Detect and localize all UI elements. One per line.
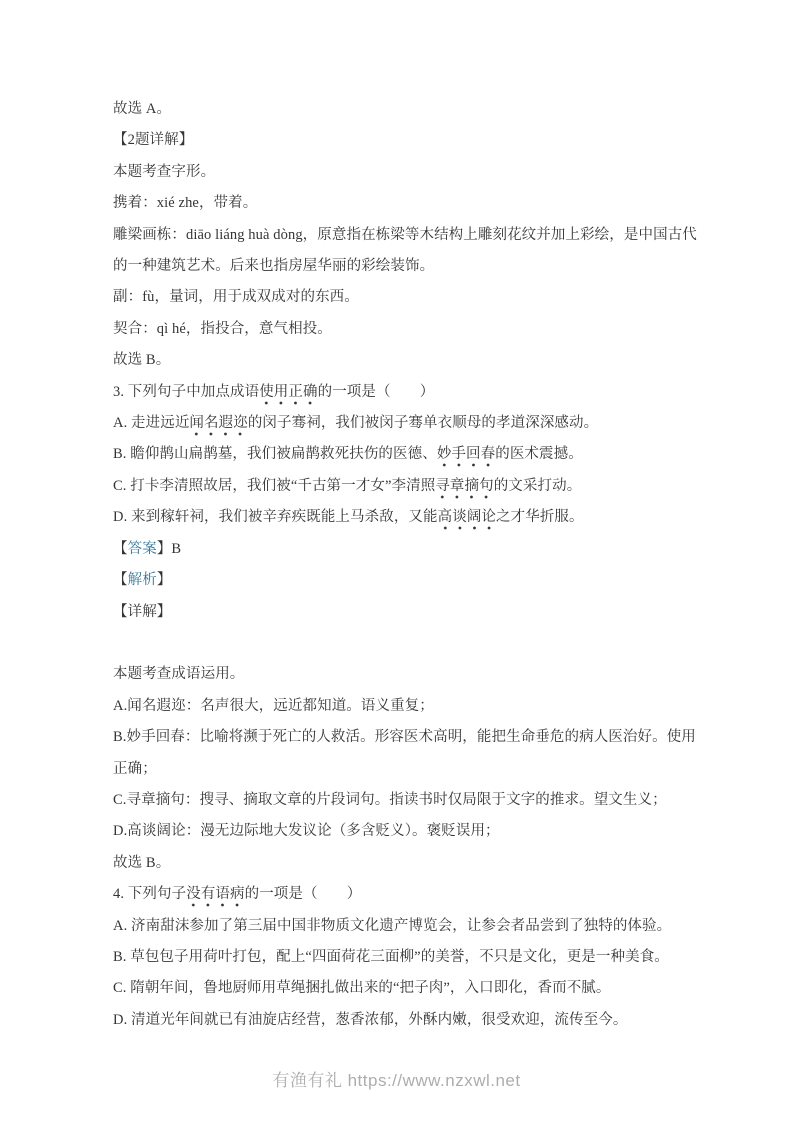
document-page: 故选 A。【2题详解】本题考查字形。携着：xié zhe，带着。雕梁画栋：diā… [0, 0, 793, 1122]
text-segment: 3. 下列句子中加点成语 [113, 384, 259, 400]
detail-heading: 【详解】 [113, 597, 709, 628]
text-segment: 的医术震撼。 [495, 446, 583, 462]
text-segment: C. 隋朝年间，鲁地厨师用草绳捆扎做出来的“把子肉”，入口即化，香而不腻。 [113, 980, 611, 996]
text-segment: 】 [157, 572, 172, 588]
emphasized-text: 寻章摘句 [435, 478, 493, 499]
text-segment: 故选 B。 [113, 855, 170, 871]
q3-expl-intro: 本题考查成语运用。 [113, 659, 709, 690]
document-body: 故选 A。【2题详解】本题考查字形。携着：xié zhe，带着。雕梁画栋：diā… [113, 94, 709, 1036]
q4-option-a: A. 济南甜沫参加了第三届中国非物质文化遗产博览会，让参会者品尝到了独特的体验。 [113, 911, 709, 942]
text-segment: 副：fù，量词，用于成双成对的东西。 [113, 289, 359, 305]
q3-conclusion: 故选 B。 [113, 848, 709, 879]
text-segment: 故选 B。 [113, 352, 170, 368]
emphasized-text: 高谈阔论 [438, 509, 496, 530]
q3-option-a: A. 走进远近闻名遐迩的闵子骞祠，我们被闵子骞单衣顺母的孝道深深感动。 [113, 408, 709, 439]
text-segment: 的文采打动。 [494, 478, 582, 494]
analysis-line: 【解析】 [113, 565, 709, 596]
text-segment: 携着：xié zhe，带着。 [113, 195, 257, 211]
text-segment: 契合：qì hé，指投合，意气相投。 [113, 321, 332, 337]
text-segment: A. 济南甜沫参加了第三届中国非物质文化遗产博览会，让参会者品尝到了独特的体验。 [113, 918, 671, 934]
text-segment: 之才华折服。 [496, 509, 584, 525]
emphasized-text: 没有语病 [186, 886, 244, 907]
text-segment: C. 打卡李清照故居，我们被“千古第一才女”李清照 [113, 478, 435, 494]
text-segment: B. 瞻仰鹊山扁鹊墓，我们被扁鹊救死扶伤的医德、 [113, 446, 437, 462]
q4-option-c: C. 隋朝年间，鲁地厨师用草绳捆扎做出来的“把子肉”，入口即化，香而不腻。 [113, 973, 709, 1004]
text-segment: 4. 下列句子 [113, 886, 186, 902]
text-segment: 的闵子骞祠，我们被闵子骞单衣顺母的孝道深深感动。 [248, 415, 598, 431]
text-segment: 】B [157, 541, 181, 557]
text-segment: 【 [113, 541, 128, 557]
text-segment: A. 走进远近 [113, 415, 189, 431]
q3-expl-b: B.妙手回春：比喻将濒于死亡的人救活。形容医术高明，能把生命垂危的病人医治好。使… [113, 722, 709, 785]
text-segment: D. 来到稼轩祠，我们被辛弃疾既能上马杀敌，又能 [113, 509, 438, 525]
q2-gloss-fu: 副：fù，量词，用于成双成对的东西。 [113, 282, 709, 313]
q3-option-c: C. 打卡李清照故居，我们被“千古第一才女”李清照寻章摘句的文采打动。 [113, 471, 709, 502]
text-segment: 故选 A。 [113, 101, 171, 117]
q2-gloss-diaoliang: 雕梁画栋：diāo liáng huà dòng，原意指在栋梁等木结构上雕刻花纹… [113, 220, 709, 283]
blank-line [113, 628, 709, 659]
q4-option-d: D. 清道光年间就已有油旋店经营，葱香浓郁，外酥内嫩，很受欢迎，流传至今。 [113, 1005, 709, 1036]
q2-conclusion: 故选 B。 [113, 345, 709, 376]
emphasized-text: 闻名遐迩 [189, 415, 247, 436]
text-segment: 【2题详解】 [113, 132, 193, 148]
text-segment: 【 [113, 572, 128, 588]
q4-stem: 4. 下列句子没有语病的一项是（ ） [113, 879, 709, 910]
text-segment: 雕梁画栋：diāo liáng huà dòng，原意指在栋梁等木结构上雕刻花纹… [113, 227, 697, 274]
text-segment: 的一项是（ ） [318, 384, 435, 400]
q3-expl-c: C.寻章摘句：搜寻、摘取文章的片段词句。指读书时仅局限于文字的推求。望文生义； [113, 785, 709, 816]
emphasized-text: 妙手回春 [437, 446, 495, 467]
accent-label: 答案 [128, 541, 157, 557]
q2-intro: 本题考查字形。 [113, 157, 709, 188]
watermark-footer: 有渔有礼 https://www.nzxwl.net [0, 1068, 793, 1094]
q3-expl-d: D.高谈阔论：漫无边际地大发议论（多含贬义）。褒贬误用； [113, 816, 709, 847]
text-segment: 本题考查成语运用。 [113, 666, 244, 682]
text-segment: D.高谈阔论：漫无边际地大发议论（多含贬义）。褒贬误用； [113, 823, 500, 839]
q3-option-d: D. 来到稼轩祠，我们被辛弃疾既能上马杀敌，又能高谈阔论之才华折服。 [113, 502, 709, 533]
text-segment: B.妙手回春：比喻将濒于死亡的人救活。形容医术高明，能把生命垂危的病人医治好。使… [113, 729, 696, 776]
q1-conclusion: 故选 A。 [113, 94, 709, 125]
accent-label: 解析 [128, 572, 157, 588]
q2-gloss-qihe: 契合：qì hé，指投合，意气相投。 [113, 314, 709, 345]
text-segment: B. 草包包子用荷叶打包，配上“四面荷花三面柳”的美誉，不只是文化，更是一种美食… [113, 949, 669, 965]
text-segment: D. 清道光年间就已有油旋店经营，葱香浓郁，外酥内嫩，很受欢迎，流传至今。 [113, 1012, 627, 1028]
q3-stem: 3. 下列句子中加点成语使用正确的一项是（ ） [113, 377, 709, 408]
text-segment: C.寻章摘句：搜寻、摘取文章的片段词句。指读书时仅局限于文字的推求。望文生义； [113, 792, 667, 808]
q3-expl-a: A.闻名遐迩：名声很大，远近都知道。语义重复； [113, 691, 709, 722]
q3-option-b: B. 瞻仰鹊山扁鹊墓，我们被扁鹊救死扶伤的医德、妙手回春的医术震撼。 [113, 439, 709, 470]
text-segment: 【详解】 [113, 604, 171, 620]
text-segment: 的一项是（ ） [245, 886, 362, 902]
emphasized-text: 使用正确 [259, 384, 317, 405]
text-segment: A.闻名遐迩：名声很大，远近都知道。语义重复； [113, 698, 434, 714]
q2-detail-heading: 【2题详解】 [113, 125, 709, 156]
q4-option-b: B. 草包包子用荷叶打包，配上“四面荷花三面柳”的美誉，不只是文化，更是一种美食… [113, 942, 709, 973]
q2-gloss-xiezhe: 携着：xié zhe，带着。 [113, 188, 709, 219]
text-segment: 本题考查字形。 [113, 164, 215, 180]
answer-line: 【答案】B [113, 534, 709, 565]
